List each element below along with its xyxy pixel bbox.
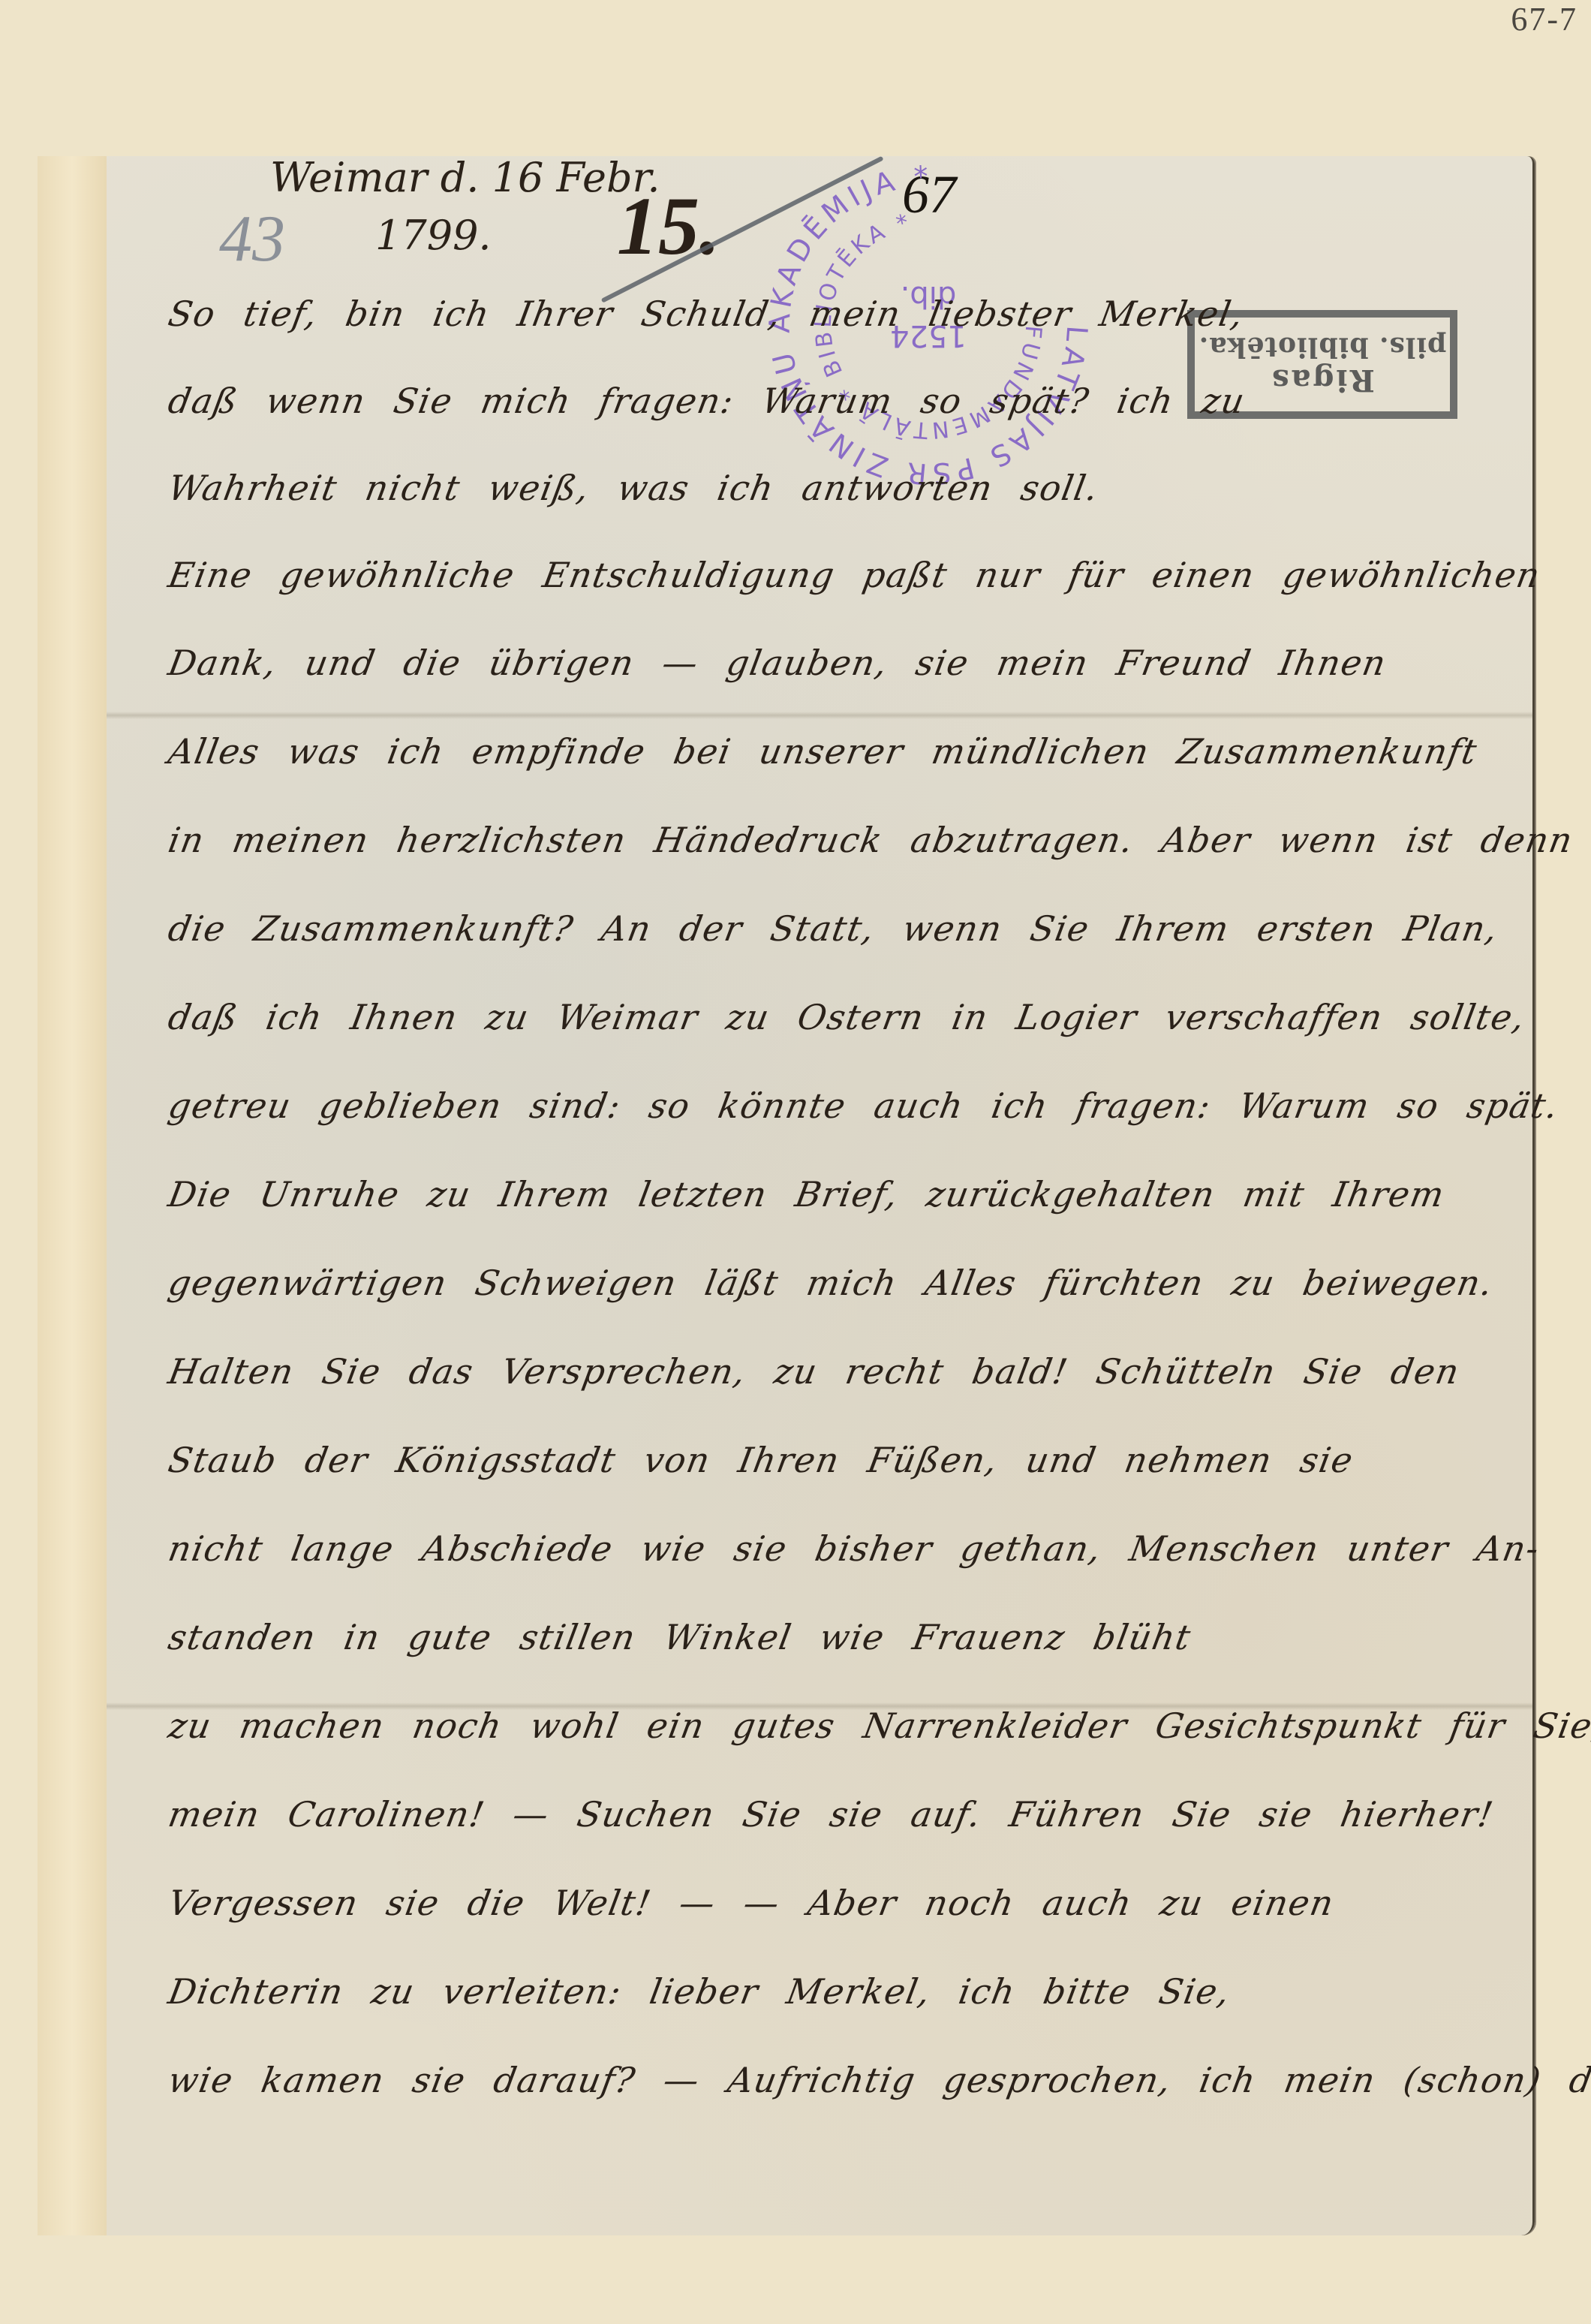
letter-line: standen in gute stillen Winkel wie Fraue…	[161, 1593, 1513, 1681]
place-and-date: Weimar d. 16 Febr.	[270, 154, 660, 201]
letter-body: So tief, bin ich Ihrer Schuld, mein lieb…	[169, 270, 1505, 2124]
letter-line: Staub der Königsstadt von Ihren Füßen, u…	[161, 1416, 1513, 1504]
archive-mount-annotation: 67-7	[1511, 0, 1577, 38]
letter-line: zu machen noch wohl ein gutes Narrenklei…	[161, 1681, 1513, 1770]
letter-year: 1799.	[375, 212, 660, 259]
letter-line: Wahrheit nicht weiß, was ich antworten s…	[161, 444, 1512, 531]
letter-line: Alles was ich empfinde bei unserer mündl…	[161, 707, 1513, 796]
letter-line: die Zusammenkunft? An der Statt, wenn Si…	[161, 884, 1513, 973]
letter-line: Halten Sie das Versprechen, zu recht bal…	[161, 1327, 1513, 1416]
letter-line: daß ich Ihnen zu Weimar zu Ostern in Log…	[161, 973, 1513, 1061]
letter-line: wie kamen sie darauf? — Aufrichtig gespr…	[161, 2036, 1513, 2124]
letter-line: daß wenn Sie mich fragen: Warum so spät?…	[161, 357, 1512, 444]
letter-line: mein Carolinen! — Suchen Sie sie auf. Fü…	[161, 1770, 1513, 1859]
letter-line: nicht lange Abschiede wie sie bisher get…	[161, 1504, 1513, 1593]
letter-line: Eine gewöhnliche Entschuldigung paßt nur…	[161, 531, 1512, 619]
letter-line: Vergessen sie die Welt! — — Aber noch au…	[161, 1859, 1513, 1947]
letter-line: Die Unruhe zu Ihrem letzten Brief, zurüc…	[161, 1150, 1513, 1239]
letter-line: in meinen herzlichsten Händedruck abzutr…	[161, 796, 1513, 884]
letter-line: So tief, bin ich Ihrer Schuld, mein lieb…	[161, 270, 1512, 357]
letter-dateline: Weimar d. 16 Febr. 1799.	[270, 154, 660, 259]
letter-line: Dichterin zu verleiten: lieber Merkel, i…	[161, 1947, 1513, 2036]
letter-line: getreu geblieben sind: so könnte auch ic…	[161, 1061, 1513, 1150]
letter-line: Dank, und die übrigen — glauben, sie mei…	[161, 619, 1513, 707]
binding-guard-strip	[38, 156, 108, 2235]
letter-line: gegenwärtigen Schweigen läßt mich Alles …	[161, 1239, 1513, 1327]
